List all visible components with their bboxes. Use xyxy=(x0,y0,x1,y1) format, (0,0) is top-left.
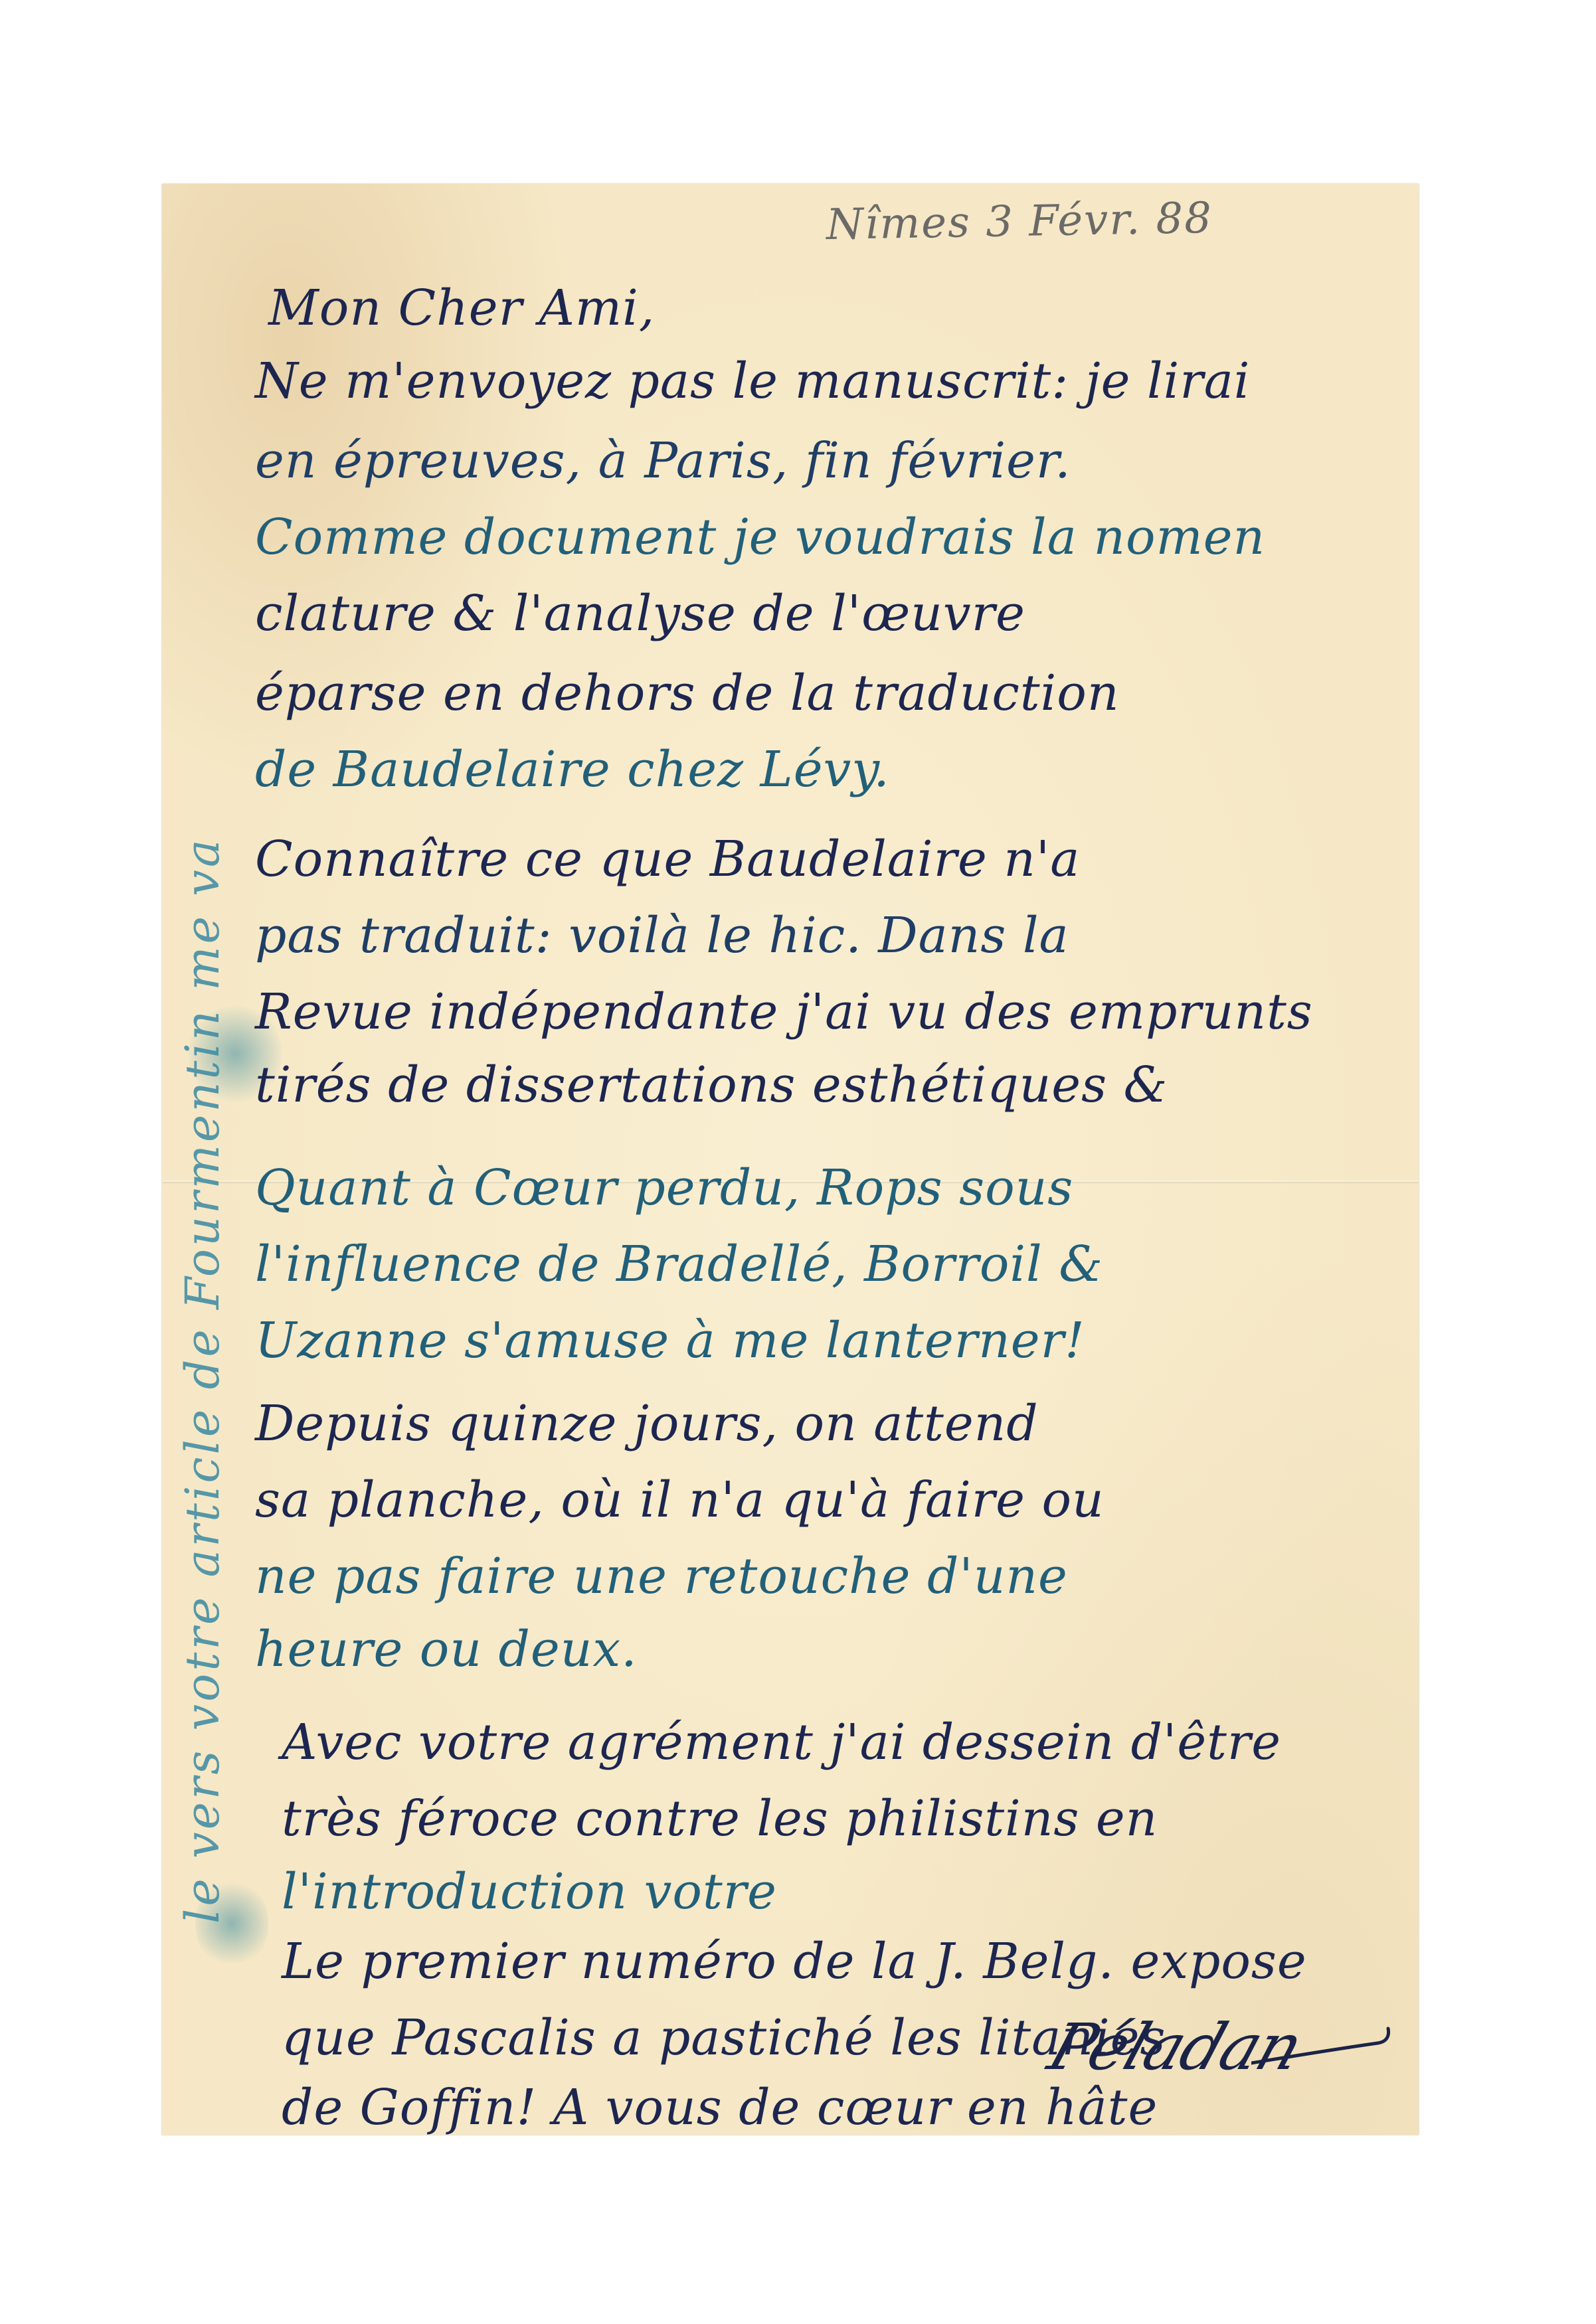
letter-line: Le premier numéro de la J. Belg. expose xyxy=(282,1937,1307,1986)
letter-line: éparse en dehors de la traduction xyxy=(255,669,1119,718)
letter-line: Connaître ce que Baudelaire n'a xyxy=(255,835,1080,884)
dateline: Nîmes 3 Févr. 88 xyxy=(826,194,1213,250)
letter-line: en épreuves, à Paris, fin février. xyxy=(255,436,1071,485)
letter-line: Ne m'envoyez pas le manuscrit: je lirai xyxy=(255,357,1250,406)
letter-line: pas traduit: voilà le hic. Dans la xyxy=(255,911,1069,960)
letter-line: ne pas faire une retouche d'une xyxy=(255,1552,1068,1601)
letter-line: tirés de dissertations esthétiques & xyxy=(255,1060,1168,1110)
salutation: Mon Cher Ami, xyxy=(268,284,655,333)
letter-line: de Goffin! A vous de cœur en hâte xyxy=(282,2083,1158,2132)
letter-sheet: Nîmes 3 Févr. 88 Mon Cher Ami, Ne m'envo… xyxy=(162,184,1419,2135)
letter-line: clature & l'analyse de l'œuvre xyxy=(255,589,1025,638)
letter-line: Uzanne s'amuse à me lanterner! xyxy=(255,1316,1085,1365)
letter-line: l'influence de Bradellé, Borroil & xyxy=(255,1240,1103,1289)
letter-line: Quant à Cœur perdu, Rops sous xyxy=(255,1163,1073,1212)
letter-line: heure ou deux. xyxy=(255,1625,638,1674)
letter-line: que Pascalis a pastiché les litanies xyxy=(282,2013,1166,2062)
letter-line: sa planche, où il n'a qu'à faire ou xyxy=(255,1475,1105,1525)
letter-line: Avec votre agrément j'ai dessein d'être xyxy=(282,1718,1281,1767)
letter-line: Comme document je voudrais la nomen xyxy=(255,513,1265,562)
letter-line: très féroce contre les philistins en xyxy=(282,1794,1158,1843)
letter-line: de Baudelaire chez Lévy. xyxy=(255,745,890,794)
letter-line: Depuis quinze jours, on attend xyxy=(255,1399,1039,1448)
letter-line: Revue indépendante j'ai vu des emprunts xyxy=(255,987,1313,1037)
letter-line: l'introduction votre xyxy=(282,1867,777,1916)
signature-flourish xyxy=(1251,2023,1391,2070)
margin-note-vertical: le vers votre article de Fourmentin me v… xyxy=(175,423,230,1924)
